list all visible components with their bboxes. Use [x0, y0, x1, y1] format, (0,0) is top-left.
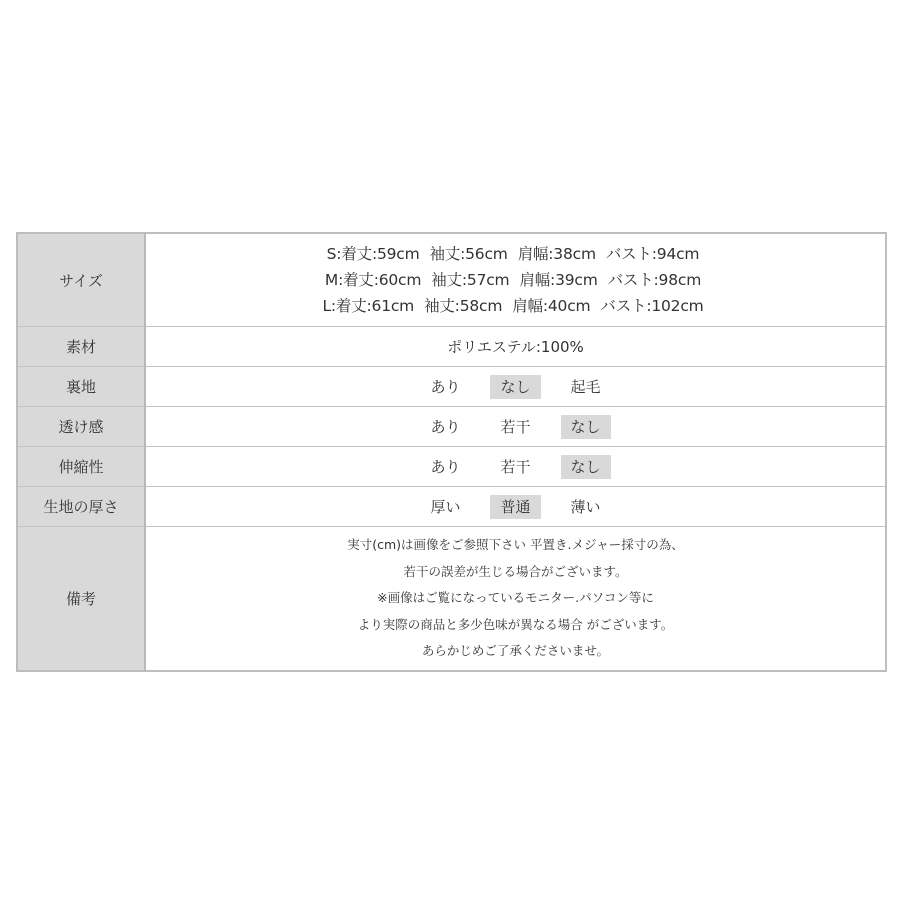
shoulder-value: 肩幅:39cm — [519, 271, 597, 289]
sleeve-value: 袖丈:57cm — [431, 271, 509, 289]
size-row: サイズ S:着丈:59cm袖丈:56cm肩幅:38cmバスト:94cm M:着丈… — [17, 233, 886, 327]
option: 若干 — [490, 455, 540, 479]
sleeve-value: 袖丈:56cm — [430, 245, 508, 263]
size-label: サイズ — [17, 233, 145, 327]
stretch-options: あり 若干 なし — [420, 455, 610, 479]
size-code: S: — [327, 245, 342, 263]
thickness-options: 厚い 普通 薄い — [420, 495, 610, 519]
bust-value: バスト:94cm — [606, 245, 699, 263]
option-selected: なし — [561, 415, 611, 439]
length-value: 着丈:59cm — [341, 245, 419, 263]
option: あり — [420, 375, 470, 399]
stretch-label: 伸縮性 — [17, 447, 145, 487]
bust-value: バスト:102cm — [600, 297, 703, 315]
option: 起毛 — [561, 375, 611, 399]
size-line-m: M:着丈:60cm袖丈:57cm肩幅:39cmバスト:98cm — [146, 267, 885, 293]
option-selected: 普通 — [490, 495, 540, 519]
length-value: 着丈:61cm — [336, 297, 414, 315]
material-value: ポリエステル:100% — [145, 327, 886, 367]
notes-value: 実寸(cm)は画像をご参照下さい 平置き.メジャー採寸の為、 若干の誤差が生じる… — [145, 527, 886, 672]
size-line-l: L:着丈:61cm袖丈:58cm肩幅:40cmバスト:102cm — [146, 293, 885, 319]
material-row: 素材 ポリエステル:100% — [17, 327, 886, 367]
lining-options: あり なし 起毛 — [420, 375, 610, 399]
option: あり — [420, 455, 470, 479]
size-line-s: S:着丈:59cm袖丈:56cm肩幅:38cmバスト:94cm — [146, 241, 885, 267]
lining-row: 裏地 あり なし 起毛 — [17, 367, 886, 407]
sheerness-options: あり 若干 なし — [420, 415, 610, 439]
shoulder-value: 肩幅:40cm — [512, 297, 590, 315]
note-line: より実際の商品と多少色味が異なる場合 がございます。 — [146, 612, 885, 639]
notes-row: 備考 実寸(cm)は画像をご参照下さい 平置き.メジャー採寸の為、 若干の誤差が… — [17, 527, 886, 672]
option: あり — [420, 415, 470, 439]
option-selected: なし — [561, 455, 611, 479]
notes-label: 備考 — [17, 527, 145, 672]
material-label: 素材 — [17, 327, 145, 367]
sheerness-row: 透け感 あり 若干 なし — [17, 407, 886, 447]
note-line: 若干の誤差が生じる場合がございます。 — [146, 559, 885, 586]
lining-label: 裏地 — [17, 367, 145, 407]
option: 厚い — [420, 495, 470, 519]
size-code: L: — [322, 297, 335, 315]
size-code: M: — [325, 271, 343, 289]
option-selected: なし — [490, 375, 540, 399]
thickness-label: 生地の厚さ — [17, 487, 145, 527]
shoulder-value: 肩幅:38cm — [518, 245, 596, 263]
option: 若干 — [490, 415, 540, 439]
size-value: S:着丈:59cm袖丈:56cm肩幅:38cmバスト:94cm M:着丈:60c… — [145, 233, 886, 327]
length-value: 着丈:60cm — [343, 271, 421, 289]
note-line: ※画像はご覧になっているモニター.パソコン等に — [146, 585, 885, 612]
bust-value: バスト:98cm — [608, 271, 701, 289]
thickness-row: 生地の厚さ 厚い 普通 薄い — [17, 487, 886, 527]
stretch-row: 伸縮性 あり 若干 なし — [17, 447, 886, 487]
sleeve-value: 袖丈:58cm — [424, 297, 502, 315]
note-line: 実寸(cm)は画像をご参照下さい 平置き.メジャー採寸の為、 — [146, 532, 885, 559]
option: 薄い — [561, 495, 611, 519]
sheerness-label: 透け感 — [17, 407, 145, 447]
product-spec-table: サイズ S:着丈:59cm袖丈:56cm肩幅:38cmバスト:94cm M:着丈… — [16, 232, 887, 672]
note-line: あらかじめご了承くださいませ。 — [146, 638, 885, 665]
